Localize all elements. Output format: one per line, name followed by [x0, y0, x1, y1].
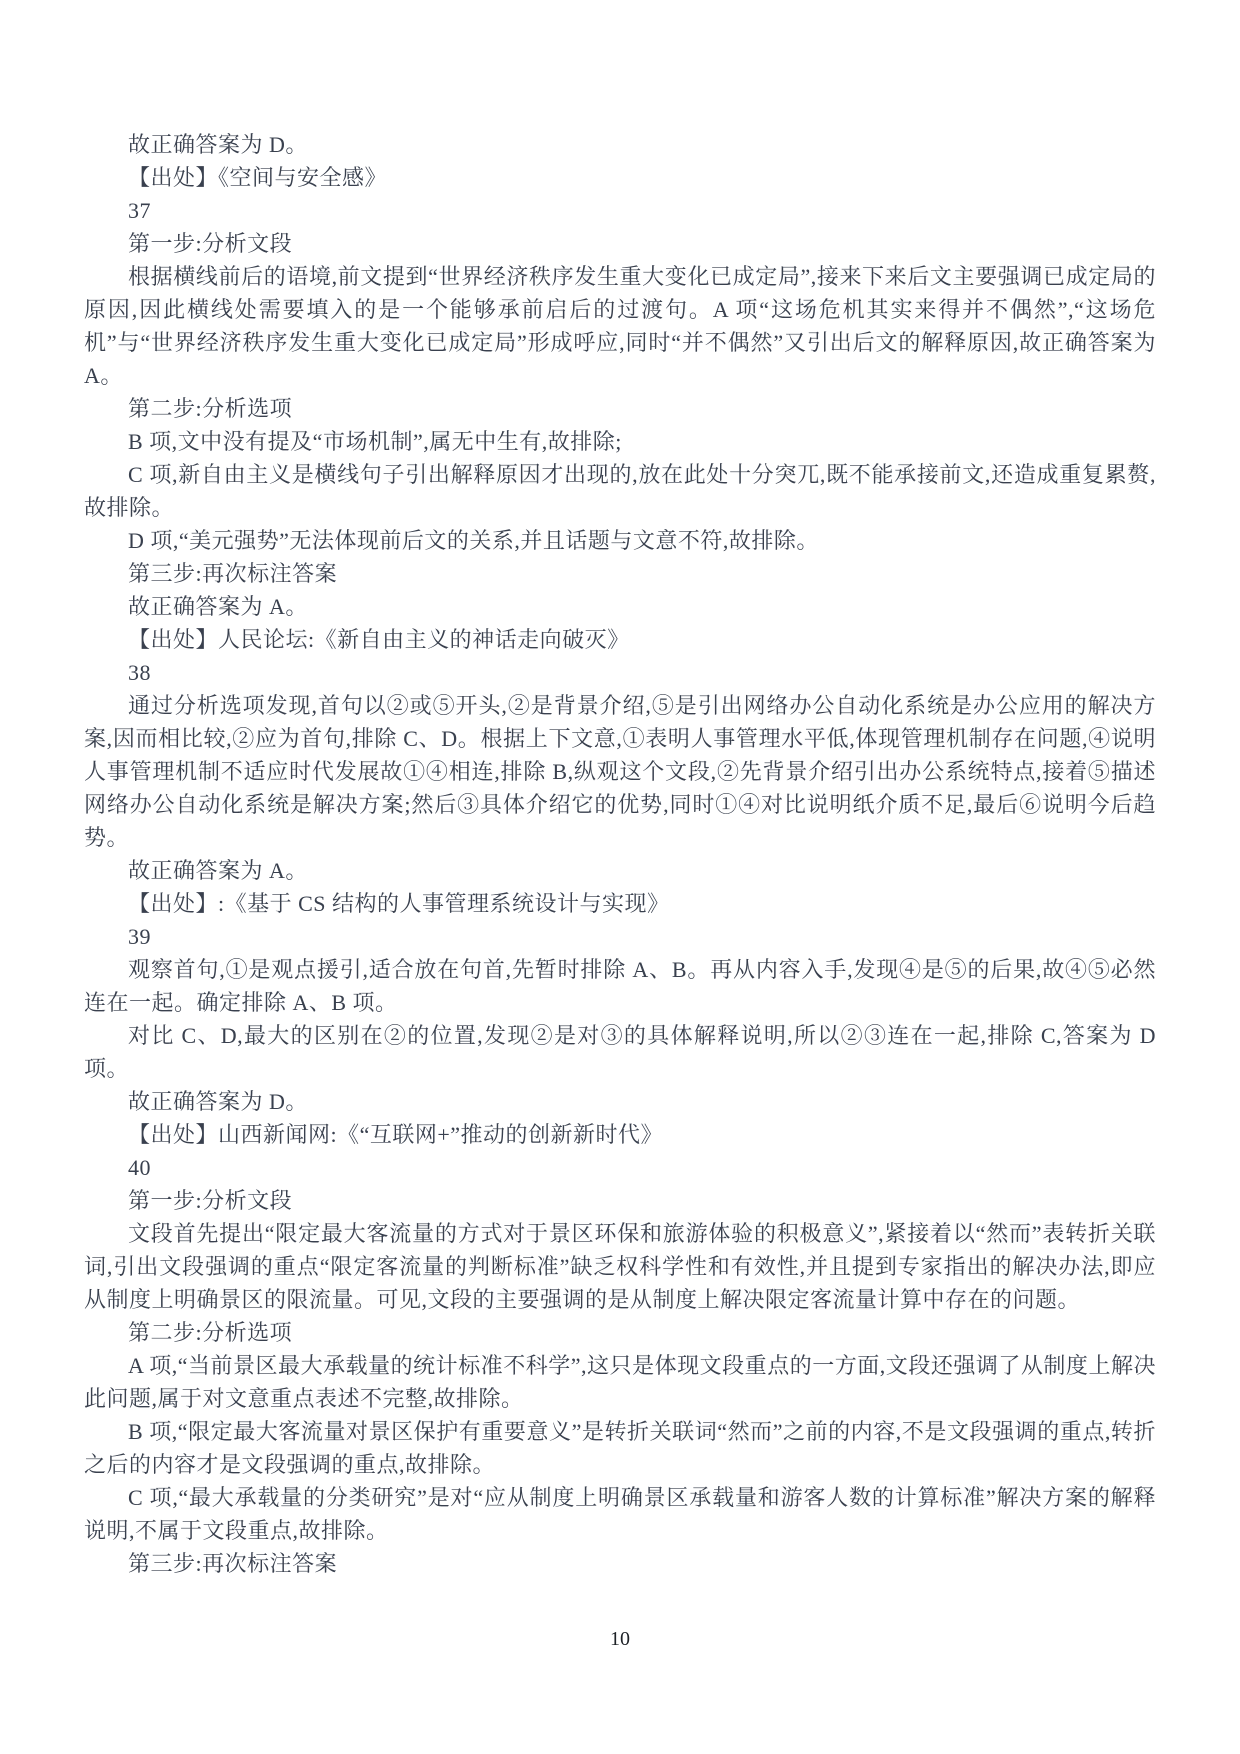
paragraph: 故正确答案为 A。	[84, 590, 1156, 623]
paragraph: 【出处】《空间与安全感》	[84, 161, 1156, 194]
paragraph: 【出处】:《基于 CS 结构的人事管理系统设计与实现》	[84, 887, 1156, 920]
paragraph: C 项,“最大承载量的分类研究”是对“应从制度上明确景区承载量和游客人数的计算标…	[84, 1481, 1156, 1547]
paragraph: 第三步:再次标注答案	[84, 1547, 1156, 1580]
paragraph: 第一步:分析文段	[84, 227, 1156, 260]
paragraph: C 项,新自由主义是横线句子引出解释原因才出现的,放在此处十分突兀,既不能承接前…	[84, 458, 1156, 524]
paragraph: 观察首句,①是观点援引,适合放在句首,先暂时排除 A、B。再从内容入手,发现④是…	[84, 953, 1156, 1019]
paragraph: 对比 C、D,最大的区别在②的位置,发现②是对③的具体解释说明,所以②③连在一起…	[84, 1019, 1156, 1085]
paragraph: B 项,“限定最大客流量对景区保护有重要意义”是转折关联词“然而”之前的内容,不…	[84, 1415, 1156, 1481]
paragraph: 故正确答案为 D。	[84, 1085, 1156, 1118]
page-number: 10	[0, 1628, 1240, 1651]
paragraph: 第二步:分析选项	[84, 392, 1156, 425]
paragraph: 根据横线前后的语境,前文提到“世界经济秩序发生重大变化已成定局”,接来下来后文主…	[84, 260, 1156, 392]
paragraph: 第一步:分析文段	[84, 1184, 1156, 1217]
paragraph: 【出处】人民论坛:《新自由主义的神话走向破灭》	[84, 623, 1156, 656]
paragraph: 38	[84, 656, 1156, 689]
paragraph: 37	[84, 194, 1156, 227]
paragraph: 40	[84, 1151, 1156, 1184]
paragraph: 故正确答案为 A。	[84, 854, 1156, 887]
paragraph: D 项,“美元强势”无法体现前后文的关系,并且话题与文意不符,故排除。	[84, 524, 1156, 557]
paragraph: B 项,文中没有提及“市场机制”,属无中生有,故排除;	[84, 425, 1156, 458]
paragraph: 第三步:再次标注答案	[84, 557, 1156, 590]
paragraph: 故正确答案为 D。	[84, 128, 1156, 161]
paragraph: 【出处】山西新闻网:《“互联网+”推动的创新新时代》	[84, 1118, 1156, 1151]
paragraph: 文段首先提出“限定最大客流量的方式对于景区环保和旅游体验的积极意义”,紧接着以“…	[84, 1217, 1156, 1316]
paragraph: A 项,“当前景区最大承载量的统计标准不科学”,这只是体现文段重点的一方面,文段…	[84, 1349, 1156, 1415]
document-page: 故正确答案为 D。【出处】《空间与安全感》37第一步:分析文段根据横线前后的语境…	[0, 0, 1240, 1754]
paragraph: 通过分析选项发现,首句以②或⑤开头,②是背景介绍,⑤是引出网络办公自动化系统是办…	[84, 689, 1156, 854]
document-body: 故正确答案为 D。【出处】《空间与安全感》37第一步:分析文段根据横线前后的语境…	[84, 128, 1156, 1580]
paragraph: 第二步:分析选项	[84, 1316, 1156, 1349]
paragraph: 39	[84, 920, 1156, 953]
